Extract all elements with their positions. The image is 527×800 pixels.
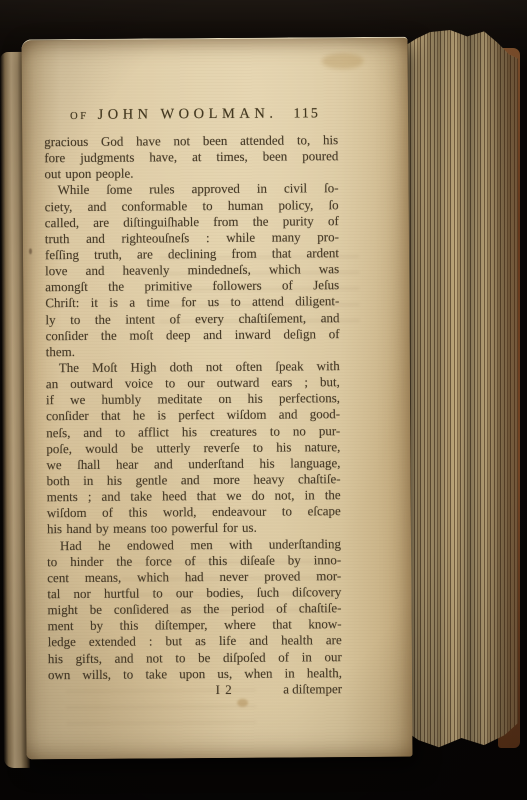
fore-edge-pages	[405, 30, 518, 748]
page-number: 115	[293, 106, 320, 121]
text-line: While ſome rules approved in civil ſo-	[44, 181, 338, 199]
book-photo: OFJOHN WOOLMAN.115 gracious God have not…	[0, 0, 527, 800]
running-header: OFJOHN WOOLMAN.115	[44, 104, 338, 123]
book-page: OFJOHN WOOLMAN.115 gracious God have not…	[21, 37, 412, 760]
text-line: ledge extended : but as life and health …	[48, 632, 342, 650]
text-line: Had he endowed men with underſtanding	[47, 536, 341, 554]
text-line: cent means, which had never proved mor-	[47, 568, 341, 586]
signature-line: I 2 a diſtemper	[48, 681, 342, 699]
body-text: gracious God have not been attended to, …	[44, 132, 342, 683]
header-of: OF	[70, 111, 89, 122]
text-line: to hinder the force of this diſeaſe by i…	[47, 552, 341, 570]
text-line: neſs, and to afflict his creatures to no…	[46, 423, 340, 441]
text-line: conſider that he is perfect wiſdom and g…	[46, 407, 340, 425]
text-line: ciety, and conformable to human policy, …	[45, 197, 339, 215]
text-line: Chriſt: it is a time for us to attend di…	[45, 294, 339, 312]
header-title: JOHN WOOLMAN.	[97, 106, 277, 123]
text-line: wiſdom of this world, endeavour to eſcap…	[47, 503, 341, 521]
paper-stain	[322, 53, 364, 69]
paper-stain	[29, 248, 32, 254]
text-line: poſe, would be utterly reverſe to his na…	[46, 439, 340, 457]
text-line: ly to the intent of every chaſtiſement, …	[45, 310, 339, 328]
catchword: a diſtemper	[283, 681, 342, 698]
signature-mark: I 2	[216, 682, 233, 698]
text-line: conſider the moſt deep and inward deſign…	[46, 326, 340, 344]
paper-stain	[237, 699, 248, 707]
text-line: called, are diſtinguiſhable from the pur…	[45, 213, 339, 231]
page-content: OFJOHN WOOLMAN.115 gracious God have not…	[44, 104, 342, 699]
text-line: we ſhall hear and underſtand his languag…	[46, 455, 340, 473]
text-line: his gifts, and not to be diſpoſed of in …	[48, 649, 342, 667]
text-line: fore judgments have, at times, been pour…	[44, 148, 338, 166]
